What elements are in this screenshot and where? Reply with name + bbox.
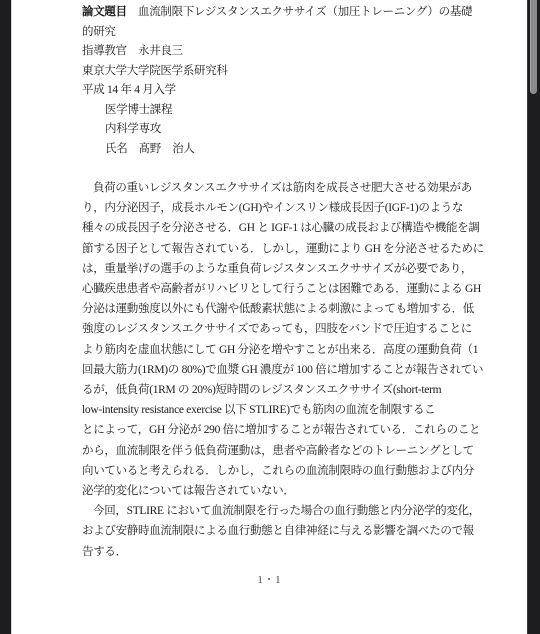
page-number: 1・1 xyxy=(12,572,527,587)
thesis-title-line-2: 的研究 xyxy=(82,23,471,43)
body-line: 心臓疾患患者や高齢者がリハビリとして行うことは困難である．運動による GH xyxy=(82,279,471,299)
author-name-line: 氏名 髙野 治人 xyxy=(82,140,471,160)
body-line: 泌学的変化については報告されていない． xyxy=(82,481,471,501)
supervisor-line: 指導教官 永井良三 xyxy=(82,42,471,62)
scrollbar-thumb[interactable] xyxy=(530,0,537,94)
body-line: より筋肉を虚血状態にして GH 分泌を増やすことが出来る．高度の運動負荷（1 xyxy=(82,340,471,360)
body-line: 告する． xyxy=(82,542,471,562)
major-line: 内科学専攻 xyxy=(82,120,471,140)
body-line: low-intensity resistance exercise 以下 STL… xyxy=(82,400,471,420)
body-line: 節する因子として報告されている．しかし，運動により GH を分泌させるために xyxy=(82,239,471,259)
body-line: から，血流制限を伴う低負荷運動は，患者や高齢者などのトレーニングとして xyxy=(82,441,471,461)
document-page: 論文題目 血流制限下レジスタンスエクササイズ（加圧トレーニング）の基礎 的研究 … xyxy=(11,0,528,634)
document-text-block: 論文題目 血流制限下レジスタンスエクササイズ（加圧トレーニング）の基礎 的研究 … xyxy=(82,3,471,562)
body-line: 負荷の重いレジスタンスエクササイズは筋肉を成長させ肥大させる効果があ xyxy=(82,178,471,198)
body-line: 回最大筋力(1RM)の 80%)で血漿 GH 濃度が 100 倍に増加することが… xyxy=(82,360,471,380)
degree-course-line: 医学博士課程 xyxy=(82,101,471,121)
scrollbar-track[interactable] xyxy=(528,0,540,634)
body-line: 向いていると考えられる．しかし，これらの血流制限時の血行動態および内分 xyxy=(82,461,471,481)
body-line: 強度のレジスタンスエクササイズであっても，四肢をバンドで圧迫することに xyxy=(82,319,471,339)
pdf-viewer: 論文題目 血流制限下レジスタンスエクササイズ（加圧トレーニング）の基礎 的研究 … xyxy=(0,0,540,634)
body-line: 分泌は運動強度以外にも代謝や低酸素状態による刺激によっても増加する．低 xyxy=(82,299,471,319)
body-line: は，重量挙げの選手のような重負荷レジスタンスエクササイズが必要であり， xyxy=(82,259,471,279)
thesis-title-line: 論文題目 血流制限下レジスタンスエクササイズ（加圧トレーニング）の基礎 xyxy=(82,3,471,23)
body-line: り，内分泌因子，成長ホルモン(GH)やインスリン様成長因子(IGF-1)のような xyxy=(82,198,471,218)
body-line: 今回，STLIRE において血流制限を行った場合の血行動態と内分泌学的変化， xyxy=(82,501,471,521)
university-line: 東京大学大学院医学系研究科 xyxy=(82,62,471,82)
thesis-title-label: 論文題目 xyxy=(82,6,127,18)
viewer-margin-left xyxy=(0,0,11,634)
body-line: とによって，GH 分泌が 290 倍に増加することが報告されている．これらのこと xyxy=(82,420,471,440)
body-line: および安静時血流制限による血行動態と自律神経に与える影響を調べたので報 xyxy=(82,521,471,541)
admission-date-line: 平成 14 年 4 月入学 xyxy=(82,81,471,101)
paragraph-gap xyxy=(82,159,471,178)
body-line: るが，低負荷(1RM の 20%)短時間のレジスタンスエクササイズ(short-… xyxy=(82,380,471,400)
body-line: 種々の成長因子を分泌させる．GH と IGF-1 は心臓の成長および構造や機能を… xyxy=(82,218,471,238)
thesis-title-text: 血流制限下レジスタンスエクササイズ（加圧トレーニング）の基礎 xyxy=(127,6,472,18)
